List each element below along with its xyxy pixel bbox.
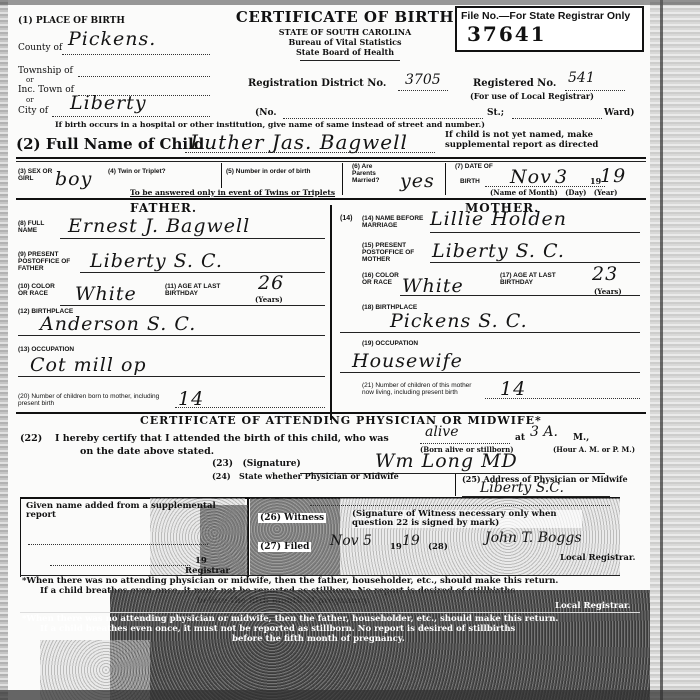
father-mother-divider: [330, 205, 332, 420]
witness-label: (26) Witness: [258, 513, 326, 523]
certificate-subheading: STATE OF SOUTH CAROLINA Bureau of Vital …: [245, 27, 445, 57]
inc-town-label: Inc. Town of: [18, 85, 74, 95]
mother-color-label: (16) COLOR OR RACE: [362, 272, 402, 286]
children-born-value[interactable]: 14: [178, 388, 204, 410]
divider: [342, 163, 343, 195]
given-name-dotted-line: [28, 544, 208, 545]
dob-day-value[interactable]: 3: [555, 166, 568, 188]
repeat-footnote: *When there was no attending physician o…: [22, 614, 642, 644]
divider: [16, 161, 646, 162]
divider: [300, 60, 400, 61]
footnote-line-2: If a child breathes even once, it must n…: [22, 624, 642, 634]
father-postoffice-line: [80, 272, 325, 273]
mother-occupation-value[interactable]: Housewife: [352, 350, 463, 372]
mother-age-label: (17) AGE AT LAST BIRTHDAY: [500, 272, 580, 286]
father-birthplace-line: [18, 335, 325, 336]
top-edge: [0, 0, 700, 5]
or-label: or: [26, 96, 34, 104]
divider: [20, 612, 640, 613]
physician-address-value[interactable]: Liberty S.C.: [480, 480, 564, 496]
father-color-label: (10) COLOR OR RACE: [18, 283, 58, 297]
mother-occupation-line: [340, 372, 640, 373]
father-occupation-value[interactable]: Cot mill op: [30, 354, 147, 376]
father-occupation-line: [18, 376, 325, 377]
registration-district-value[interactable]: 3705: [405, 72, 441, 88]
sex-value[interactable]: boy: [55, 168, 92, 190]
twin-label: (4) Twin or Triplet?: [108, 168, 168, 175]
birth-order-label: (5) Number in order of birth: [226, 168, 316, 175]
street-dotted-line: [283, 118, 483, 119]
hour-suffix: M.,: [573, 433, 589, 443]
filed-value[interactable]: Nov 5: [330, 533, 372, 549]
street-label: St.;: [487, 108, 504, 118]
footnote-line-1: *When there was no attending physician o…: [22, 576, 642, 586]
children-born-label: (20) Number of children born to mother, …: [18, 393, 168, 407]
township-dotted-line: [78, 76, 210, 77]
twins-note: To be answered only in event of Twins or…: [130, 188, 335, 197]
child-name-value[interactable]: Luther Jas. Bagwell: [190, 130, 408, 154]
board-name: State Board of Health: [245, 47, 445, 57]
city-label: City of: [18, 106, 48, 116]
father-heading: FATHER.: [130, 201, 197, 215]
right-edge-fold: [650, 0, 700, 700]
filed-year-prefix: 19: [390, 542, 402, 552]
dob-month-value[interactable]: Nov: [510, 166, 552, 188]
ward-dotted-line: [512, 118, 602, 119]
divider: [445, 163, 446, 195]
father-color-line: [60, 305, 325, 306]
date-of-birth-label: (7) DATE OF: [455, 163, 493, 170]
mother-name-line: [430, 232, 640, 233]
certificate-title: CERTIFICATE OF BIRTH: [225, 8, 465, 26]
father-postoffice-value[interactable]: Liberty S. C.: [90, 250, 223, 272]
father-age-unit: (Years): [255, 295, 283, 304]
mother-age-value[interactable]: 23: [592, 263, 618, 285]
county-label: County of: [18, 43, 62, 53]
mother-occupation-label: (19) OCCUPATION: [362, 340, 418, 347]
mother-name-value[interactable]: Lillie Holden: [430, 208, 567, 230]
registered-no-label: Registered No.: [473, 78, 556, 89]
dob-sublabel: (Name of Month) (Day) (Year): [490, 188, 617, 197]
parents-married-value[interactable]: yes: [400, 170, 435, 192]
born-value[interactable]: alive: [425, 424, 459, 440]
sex-label: (3) SEX OR GIRL: [18, 168, 58, 182]
mother-field-number: (14): [340, 215, 352, 222]
father-name-line: [60, 238, 325, 239]
not-named-note: If child is not yet named, make suppleme…: [445, 130, 635, 150]
children-living-value[interactable]: 14: [500, 378, 526, 400]
divider: [16, 157, 646, 159]
hour-value[interactable]: 3 A.: [530, 424, 558, 440]
mother-postoffice-value[interactable]: Liberty S. C.: [432, 240, 565, 262]
city-value[interactable]: Liberty: [70, 92, 147, 114]
father-color-value[interactable]: White: [75, 283, 137, 305]
father-birthplace-value[interactable]: Anderson S. C.: [40, 313, 196, 335]
father-age-label: (11) AGE AT LAST BIRTHDAY: [165, 283, 245, 297]
repeat-local-registrar-label: Local Registrar.: [555, 600, 631, 612]
street-no-label: (No.: [255, 108, 276, 118]
registered-no-value[interactable]: 541: [568, 70, 595, 86]
hour-sublabel: (Hour A. M. or P. M.): [553, 445, 635, 454]
bottom-edge: [0, 690, 700, 700]
county-dotted-line: [62, 54, 210, 55]
parents-married-label: (6) Are Parents Married?: [352, 163, 397, 184]
father-occupation-label: (13) OCCUPATION: [18, 346, 74, 353]
mother-age-unit: (Years): [594, 287, 622, 296]
local-registrar-signature[interactable]: John T. Boggs: [485, 530, 582, 546]
fold-line: [660, 0, 663, 700]
filed-label: (27) Filed: [258, 542, 311, 552]
witness-dotted-line: [310, 505, 610, 506]
or-label: or: [26, 76, 34, 84]
divider: [20, 497, 21, 577]
place-of-birth-heading: (1) PLACE OF BIRTH: [18, 17, 125, 25]
certify-text-cont: on the date above stated.: [80, 446, 214, 457]
filed-year-value[interactable]: 19: [402, 533, 420, 549]
township-label: Township of: [18, 66, 73, 76]
registrar-date-prefix: 19: [195, 556, 207, 566]
county-value[interactable]: Pickens.: [68, 28, 156, 50]
state-name: STATE OF SOUTH CAROLINA: [245, 27, 445, 37]
footnote-line-3: before the fifth month of pregnancy.: [22, 634, 642, 644]
local-registrar-label: Local Registrar.: [560, 553, 636, 563]
hospital-note: If birth occurs in a hospital or other i…: [55, 120, 485, 129]
birth-label: BIRTH: [460, 178, 480, 185]
left-edge-perforation: [0, 0, 8, 700]
children-living-label: (21) Number of children of this mother n…: [362, 382, 482, 396]
physician-signature-value[interactable]: Wm Long MD: [375, 450, 518, 472]
certify-text: I hereby certify that I attended the bir…: [55, 433, 389, 444]
ward-label: Ward): [604, 108, 634, 118]
father-name-label: (8) FULL NAME: [18, 220, 58, 234]
file-number-value: 37641: [457, 24, 642, 44]
mother-birthplace-value[interactable]: Pickens S. C.: [390, 310, 528, 332]
witness-note: (Signature of Witness necessary only whe…: [352, 510, 582, 528]
father-postoffice-label: (9) PRESENT POSTOFFICE OF FATHER: [18, 251, 78, 272]
registrar-number: (28): [428, 542, 448, 552]
at-label: at: [515, 433, 525, 443]
file-number-box: File No.—For State Registrar Only 37641: [455, 6, 644, 52]
mother-name-label: (14) NAME BEFORE MARRIAGE: [362, 215, 427, 229]
field-22-number: (22): [20, 433, 42, 444]
signature-label: (23) (Signature): [212, 459, 301, 469]
bureau-name: Bureau of Vital Statistics: [245, 37, 445, 47]
born-dotted-line: [420, 443, 510, 444]
stain: [250, 498, 340, 576]
dob-year-value[interactable]: 19: [600, 165, 626, 187]
registration-district-dotted-line: [398, 90, 448, 91]
mother-color-value[interactable]: White: [402, 275, 464, 297]
father-age-value[interactable]: 26: [258, 272, 284, 294]
mother-birthplace-line: [340, 332, 640, 333]
registered-no-note: (For use of Local Registrar): [470, 91, 594, 101]
city-dotted-line: [52, 116, 210, 117]
physician-or-midwife-label: (24) State whether Physician or Midwife: [212, 471, 399, 481]
divider: [16, 198, 646, 200]
father-name-value[interactable]: Ernest J. Bagwell: [68, 215, 250, 237]
footnote-line-1: *When there was no attending physician o…: [22, 614, 642, 624]
child-name-label: (2) Full Name of Child: [16, 135, 204, 153]
divider: [221, 163, 222, 188]
divider: [455, 474, 456, 496]
registration-district-label: Registration District No.: [248, 78, 386, 89]
birth-certificate: (1) PLACE OF BIRTH CERTIFICATE OF BIRTH …: [0, 0, 700, 700]
given-name-supplemental-label: Given name added from a supplemental rep…: [26, 502, 246, 520]
mother-postoffice-label: (15) PRESENT POSTOFFICE OF MOTHER: [362, 242, 427, 263]
registrar-dotted-line: [50, 565, 190, 566]
physician-heading: CERTIFICATE OF ATTENDING PHYSICIAN OR MI…: [140, 414, 542, 427]
